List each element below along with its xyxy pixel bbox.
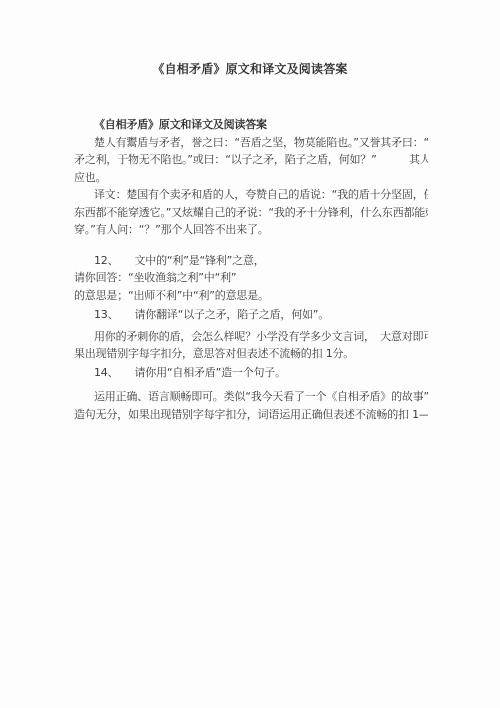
text-line: 楚人有鬻盾与矛者，誉之曰：“吾盾之坚，物莫能陷也。”又誉其矛曰：“吾 (74, 134, 428, 152)
paragraph-question-14: 14、 请你用“自相矛盾”造一个句子。 (74, 364, 428, 382)
text-line: 造句无分，如果出现错别字每字扣分，词语运用正确但表述不流畅的扣 1—2分。 (74, 406, 428, 424)
text-line: 请你回答：“坐收渔翁之利”中“利” (74, 269, 428, 287)
text-line: 译文：楚国有个卖矛和盾的人，夸赞自己的盾说：“我的盾十分坚固，任何 (74, 186, 428, 204)
text-line: 矛之利，于物无不陷也。”或曰：“以子之矛，陷子之盾，何如？” 其人弗能 (74, 151, 428, 169)
paragraph-answer-13: 用你的矛刺你的盾，会怎么样呢？小学没有学多少文言词， 大意对即可。如果出现错别字… (74, 328, 428, 363)
paragraph-heading: 《自相矛盾》原文和译文及阅读答案 (74, 116, 428, 134)
text-line: 《自相矛盾》原文和译文及阅读答案 (74, 116, 428, 134)
paragraph-translation: 译文：楚国有个卖矛和盾的人，夸赞自己的盾说：“我的盾十分坚固，任何东西都不能穿透… (74, 186, 428, 239)
text-line: 东西都不能穿透它。”又炫耀自己的矛说：“我的矛十分锋利，什么东西都能刺 (74, 204, 428, 222)
text-line: 应也。 (74, 169, 428, 187)
paragraph-answer-14: 运用正确、语言顺畅即可。类似“我今天看了一个《自相矛盾》的故事”的造句无分，如果… (74, 388, 428, 423)
paragraph-question-13: 13、 请你翻译“以子之矛，陷子之盾，何如”。 (74, 306, 428, 324)
text-line: 14、 请你用“自相矛盾”造一个句子。 (74, 364, 428, 382)
paragraph-original-text: 楚人有鬻盾与矛者，誉之曰：“吾盾之坚，物莫能陷也。”又誉其矛曰：“吾矛之利，于物… (74, 134, 428, 187)
document-page: 《自相矛盾》原文和译文及阅读答案 《自相矛盾》原文和译文及阅读答案楚人有鬻盾与矛… (0, 0, 500, 708)
text-line: 穿。”有人问：“？”那个人回答不出来了。 (74, 221, 428, 239)
text-line: 用你的矛刺你的盾，会怎么样呢？小学没有学多少文言词， 大意对即可。如 (74, 328, 428, 346)
text-line: 12、 文中的“利”是“锋利”之意， (74, 252, 428, 270)
text-line: 运用正确、语言顺畅即可。类似“我今天看了一个《自相矛盾》的故事”的 (74, 388, 428, 406)
text-line: 的意思是；“出师不利”中“利”的意思是。 (74, 287, 428, 305)
document-title: 《自相矛盾》原文和译文及阅读答案 (0, 0, 500, 77)
text-line: 果出现错别字每字扣分，意思答对但表述不流畅的扣 1分。 (74, 345, 428, 363)
text-line: 13、 请你翻译“以子之矛，陷子之盾，何如”。 (74, 306, 428, 324)
document-body: 《自相矛盾》原文和译文及阅读答案楚人有鬻盾与矛者，誉之曰：“吾盾之坚，物莫能陷也… (74, 116, 428, 423)
paragraph-question-12: 12、 文中的“利”是“锋利”之意，请你回答：“坐收渔翁之利”中“利”的意思是；… (74, 252, 428, 305)
